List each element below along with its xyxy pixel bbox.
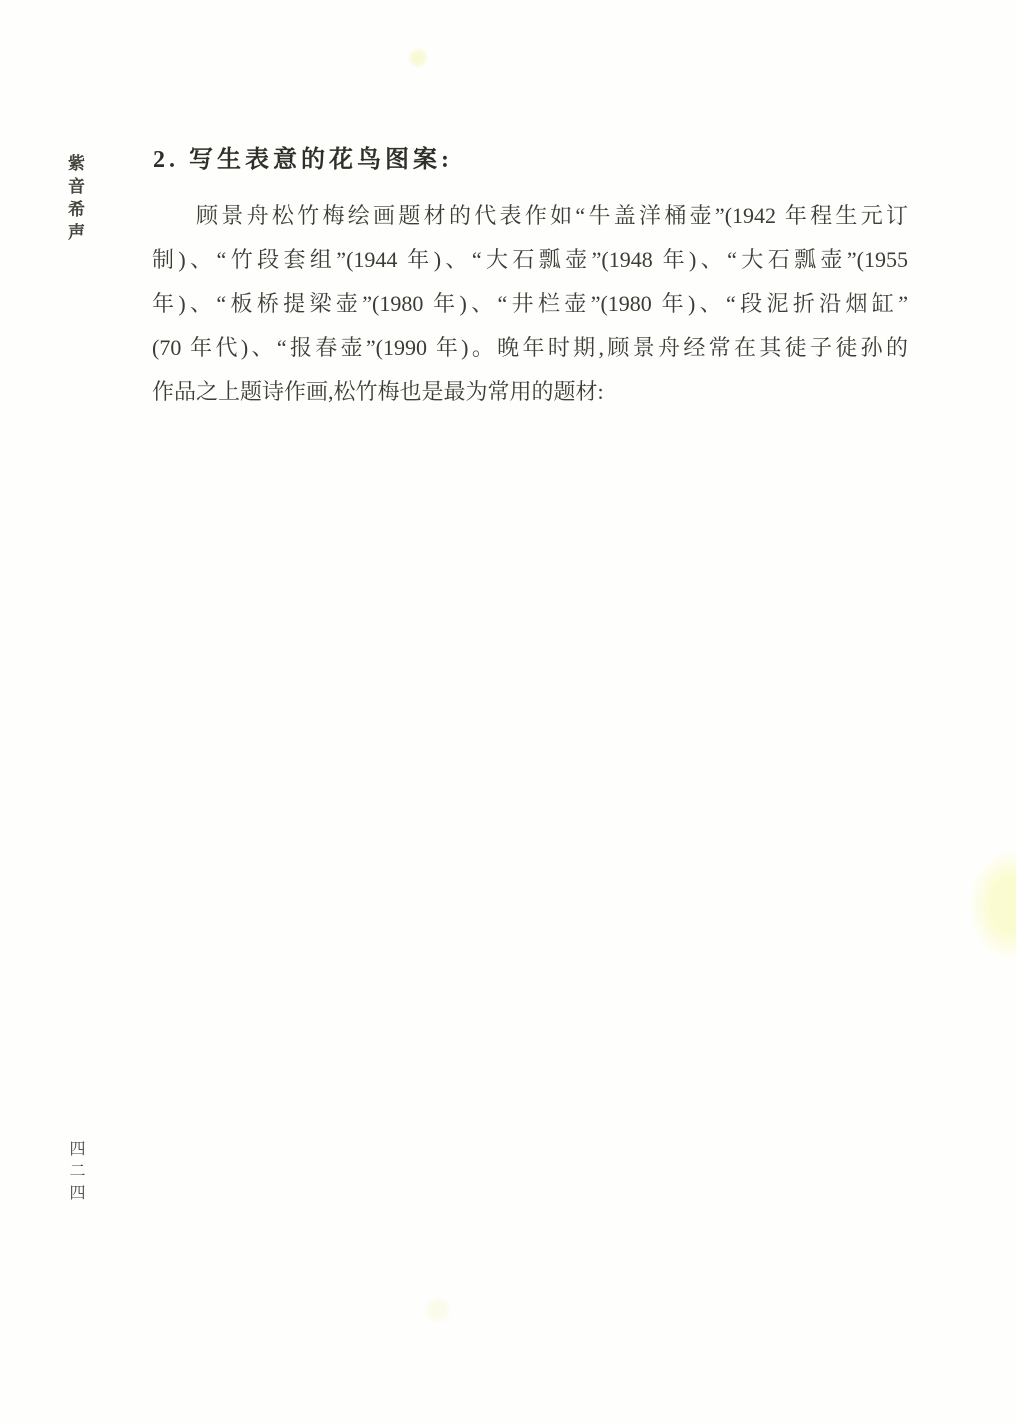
- section-heading: 2. 写生表意的花鸟图案:: [153, 146, 453, 175]
- paragraph-line-5: 作品之上题诗作画,松竹梅也是最为常用的题材:: [152, 370, 908, 414]
- book-page: 紫音希声 2. 写生表意的花鸟图案: 顾景舟松竹梅绘画题材的代表作如“牛盖洋桶壶…: [0, 0, 1016, 1425]
- paragraph-line-4: (70 年代)、“报春壶”(1990 年)。晚年时期,顾景舟经常在其徒子徒孙的: [152, 326, 908, 370]
- paragraph-line-2: 制)、“竹段套组”(1944 年)、“大石瓢壶”(1948 年)、“大石瓢壶”(…: [152, 238, 908, 282]
- paragraph-line-3: 年)、“板桥提梁壶”(1980 年)、“井栏壶”(1980 年)、“段泥折沿烟缸…: [152, 282, 908, 326]
- body-paragraph: 顾景舟松竹梅绘画题材的代表作如“牛盖洋桶壶”(1942 年程生元订 制)、“竹段…: [152, 194, 908, 414]
- book-spine-title: 紫音希声: [62, 154, 87, 246]
- paragraph-line-1: 顾景舟松竹梅绘画题材的代表作如“牛盖洋桶壶”(1942 年程生元订: [152, 194, 908, 238]
- page-number: 四二四: [64, 1140, 87, 1206]
